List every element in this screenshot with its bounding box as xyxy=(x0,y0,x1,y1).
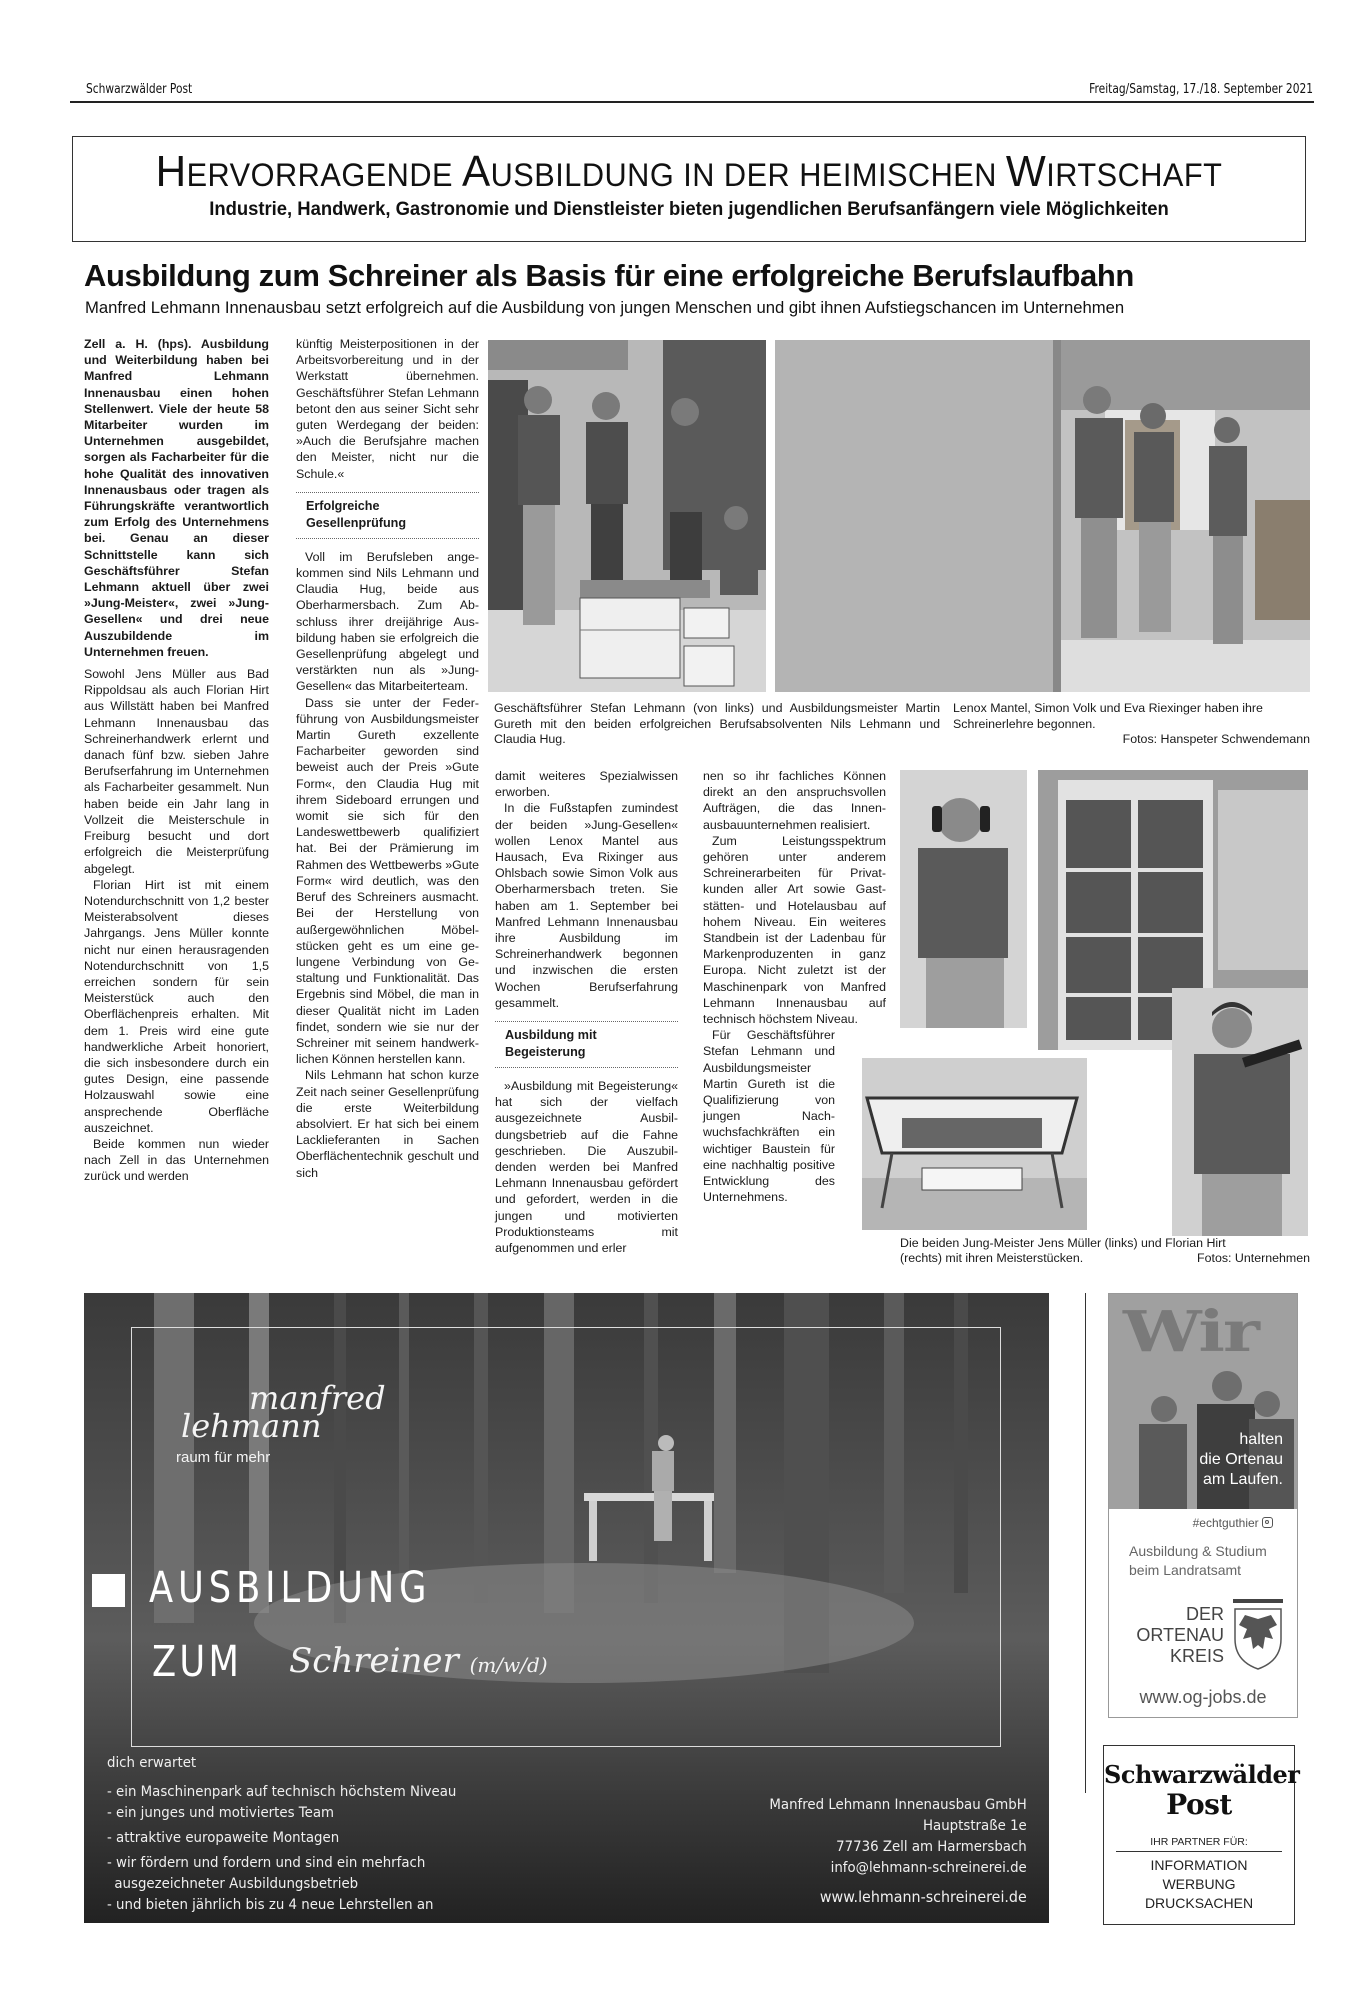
ad-ortenaukreis: Wir halten die Ortenau am Laufen. #echtg… xyxy=(1108,1293,1298,1718)
instagram-icon xyxy=(1262,1517,1273,1528)
paragraph: Florian Hirt ist mit einem Notendurchsch… xyxy=(84,877,269,1136)
ortenau-slogan: halten die Ortenau am Laufen. xyxy=(1199,1430,1283,1490)
header-rule xyxy=(70,101,1314,103)
benefit-item: - wir fördern und fordern und sind ein m… xyxy=(107,1853,456,1874)
paragraph: »Ausbildung mit Begeiste­rung« hat sich … xyxy=(495,1078,678,1256)
ad-contact-block: Manfred Lehmann Innenausbau GmbH Hauptst… xyxy=(770,1795,1027,1908)
paragraph: künftig Meisterpositionen in der Arbeits… xyxy=(296,336,479,482)
photo-jens-mueller xyxy=(900,770,1027,1028)
lehmann-logo-line2: lehmann xyxy=(181,1411,321,1441)
paragraph: Zum Leistungsspektrum gehören unter ande… xyxy=(703,833,886,1027)
benefit-item: - attraktive europaweite Montagen xyxy=(107,1828,456,1849)
company-city: 77736 Zell am Harmersbach xyxy=(770,1837,1027,1858)
article-column-1: Zell a. H. (hps). Ausbildung und Weiterb… xyxy=(84,336,269,1185)
photo-florian-hirt xyxy=(1172,988,1308,1236)
paragraph: nen so ihr fachliches Können direkt an d… xyxy=(703,768,886,833)
paragraph: Sowohl Jens Müller aus Bad Rippoldsau al… xyxy=(84,666,269,877)
article-lead: Zell a. H. (hps). Ausbildung und Weiterb… xyxy=(84,336,269,660)
lehmann-tagline: raum für mehr xyxy=(176,1449,270,1466)
photo-credit-apprentices: Fotos: Hanspeter Schwendemann xyxy=(1123,732,1310,748)
swp-services: INFORMATION WERBUNG DRUCKSACHEN xyxy=(1104,1856,1294,1913)
caption-graduates: Geschäftsführer Stefan Lehmann (von link… xyxy=(494,701,940,748)
ad-lehmann-ausbildung: manfred lehmann raum für mehr AUSBILDUNG… xyxy=(84,1293,1049,1923)
paragraph: Nils Lehmann hat schon kurze Zeit nach s… xyxy=(296,1067,479,1180)
ad-title-schreiner: Schreiner (m/w/d) xyxy=(289,1641,548,1681)
publication-name: Schwarzwälder Post xyxy=(86,82,192,97)
paragraph: Voll im Berufsleben ange­kommen sind Nil… xyxy=(296,549,479,695)
benefit-item: - ein junges und motiviertes Team xyxy=(107,1803,456,1824)
intertitle: Erfolgreiche Gesellenprüfung xyxy=(296,492,479,539)
column-divider xyxy=(1085,1293,1086,1793)
swp-divider xyxy=(1116,1851,1282,1852)
ad-schwarzwaelder-post: Schwarzwälder Post IHR PARTNER FÜR: INFO… xyxy=(1103,1745,1295,1925)
issue-date: Freitag/Samstag, 17./18. September 2021 xyxy=(1089,82,1313,97)
photo-florian-hirt-image xyxy=(1172,988,1308,1236)
ad-title-zum: ZUM xyxy=(152,1637,242,1687)
photo-sideboard-image xyxy=(862,1058,1087,1230)
ortenaukreis-logo-text: DER ORTENAU KREIS xyxy=(1129,1604,1224,1667)
company-website[interactable]: www.lehmann-schreinerei.de xyxy=(770,1887,1027,1908)
coat-of-arms-eagle-icon xyxy=(1231,1599,1285,1671)
caption-masters-line2: (rechts) mit ihren Meisterstücken. xyxy=(900,1251,1083,1267)
benefit-item: - ein Maschinenpark auf technisch höchst… xyxy=(107,1782,456,1803)
benefit-item: ausgezeichneter Ausbildungsbetrieb xyxy=(107,1874,456,1895)
article-headline: Ausbildung zum Schreiner als Basis für e… xyxy=(84,258,1134,294)
company-email[interactable]: info@lehmann-schreinerei.de xyxy=(770,1858,1027,1879)
ortenau-description: Ausbildung & Studium beim Landratsamt xyxy=(1129,1542,1267,1580)
ad-title-ausbildung: AUSBILDUNG xyxy=(149,1563,431,1613)
article-column-3: damit weiteres Spezialwis­sen erworben. … xyxy=(495,768,678,1256)
photo-graduates xyxy=(488,340,766,692)
article-column-4: nen so ihr fachliches Können direkt an d… xyxy=(703,768,886,1205)
section-subtitle: Industrie, Handwerk, Gastronomie und Die… xyxy=(91,199,1286,221)
section-title: HERVORRAGENDE AUSBILDUNG IN DER HEIMISCH… xyxy=(98,147,1281,197)
section-banner: HERVORRAGENDE AUSBILDUNG IN DER HEIMISCH… xyxy=(72,136,1306,242)
photo-graduates-image xyxy=(488,340,766,692)
ortenau-headline: Wir xyxy=(1123,1298,1258,1364)
square-bullet-icon xyxy=(92,1574,125,1607)
paragraph: damit weiteres Spezialwis­sen erworben. xyxy=(495,768,678,800)
swp-logo: Schwarzwälder Post xyxy=(1104,1760,1294,1820)
photo-apprentices-image xyxy=(775,340,1310,692)
company-name: Manfred Lehmann Innenausbau GmbH xyxy=(770,1795,1027,1816)
ortenau-website[interactable]: www.og-jobs.de xyxy=(1109,1687,1297,1708)
swp-partner-label: IHR PARTNER FÜR: xyxy=(1104,1836,1294,1848)
photo-sideboard xyxy=(862,1058,1087,1230)
article-subheadline: Manfred Lehmann Innenausbau setzt erfolg… xyxy=(85,298,1124,318)
photo-credit-masters: Fotos: Unternehmen xyxy=(1197,1251,1310,1267)
photo-apprentices xyxy=(775,340,1310,692)
ortenau-hashtag: #echtguthier xyxy=(1193,1516,1273,1530)
intertitle: Ausbildung mit Begeisterung xyxy=(495,1021,678,1068)
ortenau-photo: Wir halten die Ortenau am Laufen. xyxy=(1109,1294,1298,1509)
company-street: Hauptstraße 1e xyxy=(770,1816,1027,1837)
article-column-2: künftig Meisterpositionen in der Arbeits… xyxy=(296,336,479,1181)
paragraph: Für Geschäfts­führer Stefan Leh­mann und… xyxy=(703,1027,835,1205)
benefit-item: - und bieten jährlich bis zu 4 neue Lehr… xyxy=(107,1895,456,1916)
paragraph: Dass sie unter der Feder­führung von Aus… xyxy=(296,695,479,1068)
ad-benefits-intro: dich erwartet xyxy=(107,1753,456,1774)
photo-jens-mueller-image xyxy=(900,770,1027,1028)
ad-benefits-list: dich erwartet - ein Maschinenpark auf te… xyxy=(107,1753,456,1916)
paragraph: In die Fußstapfen zumin­dest der beiden … xyxy=(495,800,678,1011)
caption-masters-line1: Die beiden Jung-Meister Jens Müller (lin… xyxy=(900,1236,1226,1252)
paragraph: Beide kommen nun wieder nach Zell in das… xyxy=(84,1136,269,1185)
caption-apprentices: Lenox Mantel, Simon Volk und Eva Riexing… xyxy=(953,701,1308,732)
